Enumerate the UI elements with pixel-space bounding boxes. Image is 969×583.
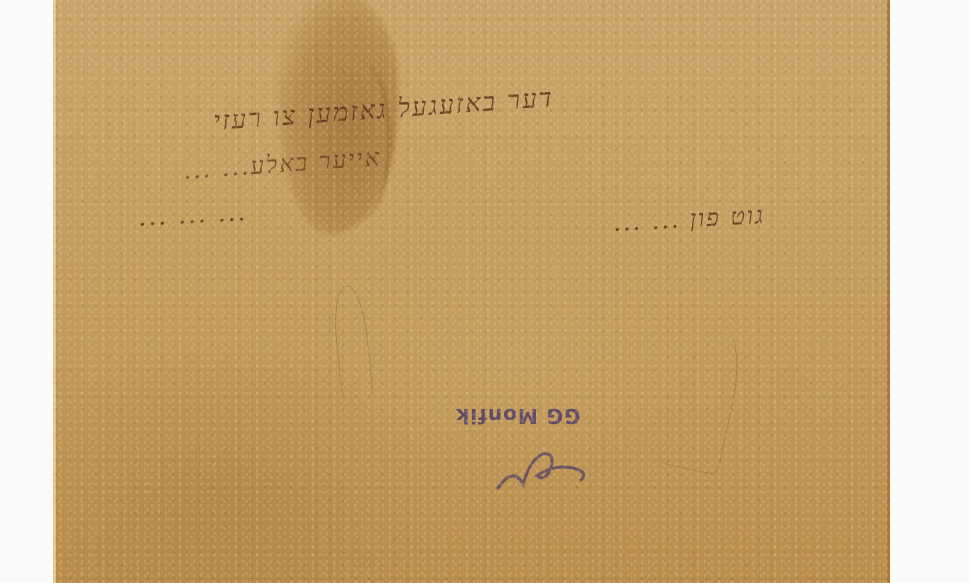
- scan-background: דער באזעגעל גאזמען צו רעזי אייער באלע...…: [0, 0, 969, 583]
- inscription-line-3-right: גוט פון ... ...: [612, 201, 765, 238]
- stamp-signature-icon: [493, 446, 593, 496]
- photo-card-back: דער באזעגעל גאזמען צו רעזי אייער באלע...…: [53, 0, 890, 583]
- pencil-mark: [330, 284, 373, 398]
- inscription-line-3: ... ... ...: [137, 197, 248, 232]
- pencil-mark: [658, 315, 749, 475]
- ink-stamp: GG Monfik: [455, 404, 581, 428]
